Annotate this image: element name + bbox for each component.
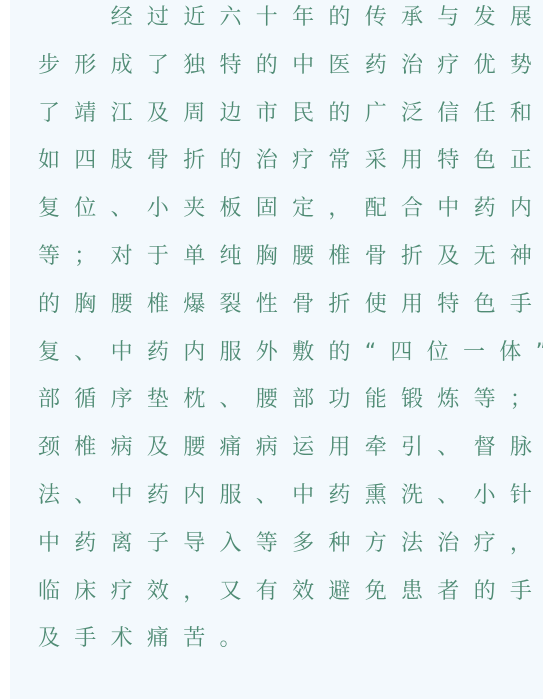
paragraph-line-6: 等；对于单纯胸腰椎骨折及无神经症状 [38,239,528,287]
paragraph-line-11: 法、中药内服、中药熏洗、小针刀以及 [38,478,528,526]
paragraph-line-9: 部循序垫枕、腰部功能锻炼等；常见的 [38,382,528,430]
paragraph-line-4: 如四肢骨折的治疗常采用特色正骨手法 [38,143,528,191]
paragraph-line-14: 及手术痛苦。 [38,621,528,669]
paragraph-line-12: 中药离子导入等多种方法治疗，既保证 [38,526,528,574]
paragraph-line-2: 步形成了独特的中医药治疗优势，得到 [38,48,528,96]
paragraph-line-10: 颈椎病及腰痛病运用牵引、督脉经手 [38,430,528,478]
paragraph-line-5: 复位、小夹板固定，配合中药内服外敷 [38,191,528,239]
paragraph-line-8: 复、中药内服外敷的“四位一体”、腰 [38,335,528,383]
article-body: 经过近六十年的传承与发展，科室逐 步形成了独特的中医药治疗优势，得到 了靖江及周… [38,0,528,669]
paragraph-line-3: 了靖江及周边市民的广泛信任和赞誉。 [38,96,528,144]
article-page: 经过近六十年的传承与发展，科室逐 步形成了独特的中医药治疗优势，得到 了靖江及周… [10,0,543,699]
paragraph-line-7: 的胸腰椎爆裂性骨折使用特色手法整 [38,287,528,335]
paragraph-line-13: 临床疗效，又有效避免患者的手术风险 [38,574,528,622]
paragraph-line-1: 经过近六十年的传承与发展，科室逐 [38,0,528,48]
